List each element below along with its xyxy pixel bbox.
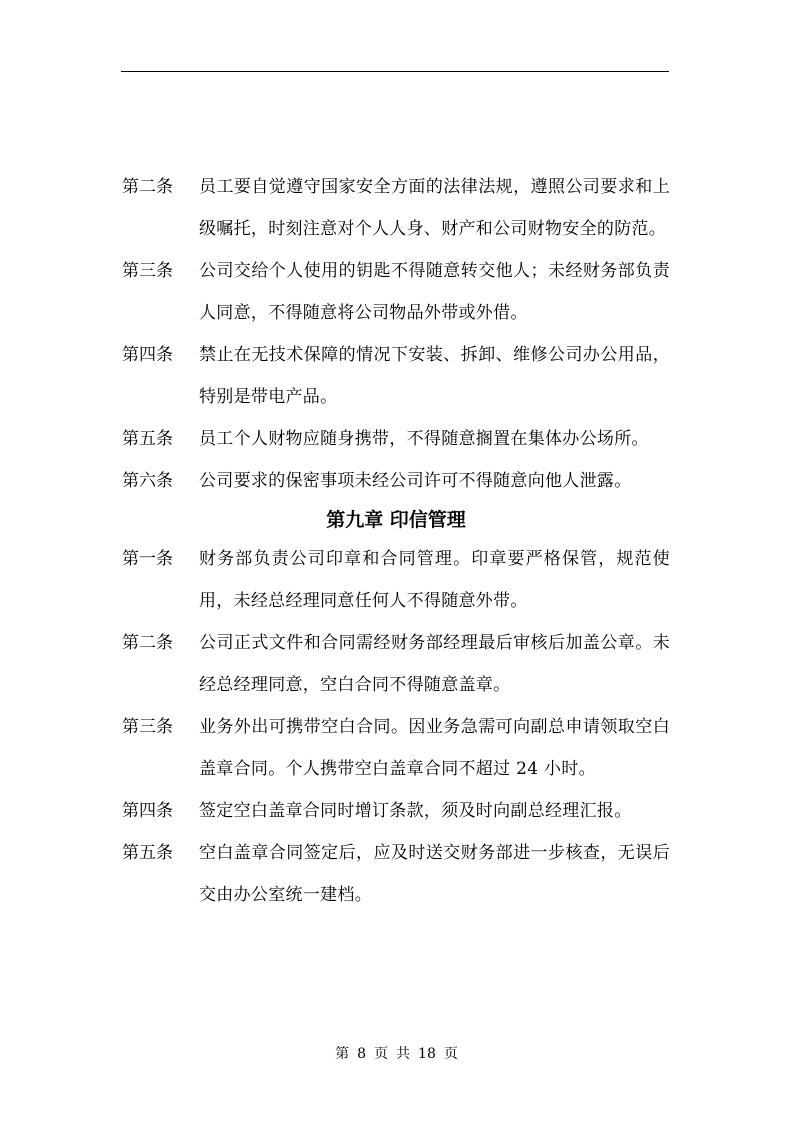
header-rule	[121, 71, 669, 72]
article-label: 第二条	[122, 166, 199, 208]
page-footer: 第8页共18页	[0, 1043, 793, 1063]
footer-page-word: 页	[374, 1046, 388, 1062]
article-label: 第三条	[122, 250, 199, 292]
article-label: 第三条	[122, 706, 199, 748]
article-text: 公司正式文件和合同需经财务部经理最后审核后加盖公章。未经总经理同意，空白合同不得…	[199, 622, 670, 706]
chapter-article-3: 第三条 业务外出可携带空白合同。因业务急需可向副总申请领取空白盖章合同。个人携带…	[122, 706, 670, 790]
article-label: 第一条	[122, 538, 199, 580]
article-label: 第二条	[122, 622, 199, 664]
article-label: 第四条	[122, 334, 199, 376]
article-3: 第三条 公司交给个人使用的钥匙不得随意转交他人；未经财务部负责人同意，不得随意将…	[122, 250, 670, 334]
article-text: 员工要自觉遵守国家安全方面的法律法规，遵照公司要求和上级嘱托，时刻注意对个人人身…	[199, 166, 670, 250]
total-pages-number: 18	[418, 1046, 436, 1062]
article-label: 第五条	[122, 832, 199, 874]
article-text: 禁止在无技术保障的情况下安装、拆卸、维修公司办公用品，特别是带电产品。	[199, 334, 670, 418]
article-2: 第二条 员工要自觉遵守国家安全方面的法律法规，遵照公司要求和上级嘱托，时刻注意对…	[122, 166, 670, 250]
document-body: 第二条 员工要自觉遵守国家安全方面的法律法规，遵照公司要求和上级嘱托，时刻注意对…	[122, 166, 670, 916]
article-5: 第五条 员工个人财物应随身携带，不得随意搁置在集体办公场所。	[122, 418, 670, 460]
article-label: 第四条	[122, 790, 199, 832]
article-text: 业务外出可携带空白合同。因业务急需可向副总申请领取空白盖章合同。个人携带空白盖章…	[199, 706, 670, 790]
article-text: 签定空白盖章合同时增订条款，须及时向副总经理汇报。	[199, 790, 670, 832]
footer-suffix: 页	[444, 1046, 458, 1062]
article-4: 第四条 禁止在无技术保障的情况下安装、拆卸、维修公司办公用品，特别是带电产品。	[122, 334, 670, 418]
article-text: 财务部负责公司印章和合同管理。印章要严格保管，规范使用，未经总经理同意任何人不得…	[199, 538, 670, 622]
chapter-article-2: 第二条 公司正式文件和合同需经财务部经理最后审核后加盖公章。未经总经理同意，空白…	[122, 622, 670, 706]
chapter-title: 第九章 印信管理	[122, 502, 670, 538]
article-label: 第六条	[122, 460, 199, 502]
chapter-article-5: 第五条 空白盖章合同签定后，应及时送交财务部进一步核查，无误后交由办公室统一建档…	[122, 832, 670, 916]
chapter-article-1: 第一条 财务部负责公司印章和合同管理。印章要严格保管，规范使用，未经总经理同意任…	[122, 538, 670, 622]
footer-total-word: 共	[396, 1046, 410, 1062]
current-page-number: 8	[357, 1046, 366, 1062]
article-text: 公司要求的保密事项未经公司许可不得随意向他人泄露。	[199, 460, 670, 502]
article-label: 第五条	[122, 418, 199, 460]
article-6: 第六条 公司要求的保密事项未经公司许可不得随意向他人泄露。	[122, 460, 670, 502]
chapter-article-4: 第四条 签定空白盖章合同时增订条款，须及时向副总经理汇报。	[122, 790, 670, 832]
article-text: 公司交给个人使用的钥匙不得随意转交他人；未经财务部负责人同意，不得随意将公司物品…	[199, 250, 670, 334]
footer-prefix: 第	[335, 1046, 349, 1062]
article-text: 员工个人财物应随身携带，不得随意搁置在集体办公场所。	[199, 418, 670, 460]
article-text: 空白盖章合同签定后，应及时送交财务部进一步核查，无误后交由办公室统一建档。	[199, 832, 670, 916]
